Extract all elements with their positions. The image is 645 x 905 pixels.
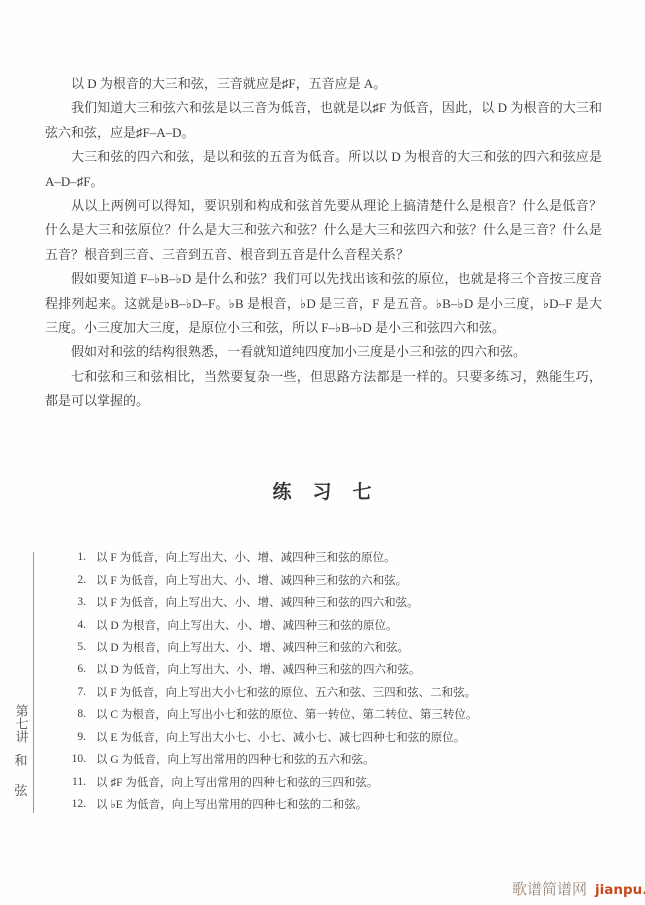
exercise-item-number: 5. [66, 641, 86, 653]
exercise-item: 4. 以 D 为根音，向上写出大、小、增、减四种三和弦的原位。 [66, 613, 606, 635]
exercise-item-number: 11. [66, 776, 86, 788]
exercise-item: 2. 以 F 为低音，向上写出大、小、增、减四种三和弦的六和弦。 [66, 568, 606, 590]
exercise-item-text: 以 F 为低音，向上写出大、小、增、减四种三和弦的六和弦。 [96, 572, 407, 588]
exercise-item-text: 以 F 为低音，向上写出大、小、增、减四种三和弦的原位。 [96, 549, 396, 565]
exercise-item: 5. 以 D 为根音，向上写出大、小、增、减四种三和弦的六和弦。 [66, 636, 606, 658]
exercise-item-text: 以 G 为低音，向上写出常用的四种七和弦的五六和弦。 [96, 751, 375, 767]
exercise-item-text: 以 F 为低音，向上写出大、小、增、减四种三和弦的四六和弦。 [96, 594, 419, 610]
exercise-item: 11. 以 ♯F 为低音，向上写出常用的四种七和弦的三四和弦。 [66, 770, 606, 792]
paragraph: 以 D 为根音的大三和弦，三音就应是♯F，五音应是 A。 [45, 72, 602, 96]
document-page: 以 D 为根音的大三和弦，三音就应是♯F，五音应是 A。 我们知道大三和弦六和弦… [0, 0, 645, 905]
chapter-sidebar-label: 第七讲 和 弦 [13, 704, 29, 798]
watermark-site-name: 歌谱简谱网 [512, 882, 587, 898]
exercise-item-text: 以 E 为低音，向上写出大小七、小七、减小七、减七四种七和弦的原位。 [96, 729, 465, 745]
exercise-item-text: 以 D 为低音，向上写出大、小、增、减四种三和弦的四六和弦。 [96, 661, 421, 677]
exercise-item-number: 9. [66, 731, 86, 743]
exercise-item-text: 以 D 为根音，向上写出大、小、增、减四种三和弦的六和弦。 [96, 639, 409, 655]
exercise-item-text: 以 C 为根音，向上写出小七和弦的原位、第一转位、第二转位、第三转位。 [96, 706, 477, 722]
exercise-item: 6. 以 D 为低音，向上写出大、小、增、减四种三和弦的四六和弦。 [66, 658, 606, 680]
exercise-item-number: 12. [66, 798, 86, 810]
exercise-item-number: 7. [66, 686, 86, 698]
body-text: 以 D 为根音的大三和弦，三音就应是♯F，五音应是 A。 我们知道大三和弦六和弦… [45, 72, 602, 414]
exercise-item-number: 3. [66, 596, 86, 608]
paragraph: 从以上两例可以得知，要识别和构成和弦首先要从理论上搞清楚什么是根音？什么是低音？… [45, 194, 602, 267]
chapter-title-char: 弦 [14, 783, 27, 798]
paragraph: 大三和弦的四六和弦，是以和弦的五音为低音。所以以 D 为根音的大三和弦的四六和弦… [45, 145, 602, 194]
exercise-item: 7. 以 F 为低音，向上写出大小七和弦的原位、五六和弦、三四和弦、二和弦。 [66, 681, 606, 703]
exercise-item: 1. 以 F 为低音，向上写出大、小、增、减四种三和弦的原位。 [66, 546, 606, 568]
exercise-item: 3. 以 F 为低音，向上写出大、小、增、减四种三和弦的四六和弦。 [66, 591, 606, 613]
exercise-item-number: 2. [66, 574, 86, 586]
exercise-item-text: 以 ♯F 为低音，向上写出常用的四种七和弦的三四和弦。 [96, 774, 378, 790]
chapter-number-vertical: 第七讲 [14, 704, 29, 743]
exercise-item: 8. 以 C 为根音，向上写出小七和弦的原位、第一转位、第二转位、第三转位。 [66, 703, 606, 725]
exercise-item: 9. 以 E 为低音，向上写出大小七、小七、减小七、减七四种七和弦的原位。 [66, 726, 606, 748]
paragraph: 七和弦和三和弦相比，当然要复杂一些，但思路方法都是一样的。只要多练习，熟能生巧，… [45, 365, 602, 414]
paragraph: 我们知道大三和弦六和弦是以三音为低音，也就是以♯F 为低音，因此，以 D 为根音… [45, 96, 602, 145]
exercise-item: 10. 以 G 为低音，向上写出常用的四种七和弦的五六和弦。 [66, 748, 606, 770]
chapter-title-char: 和 [14, 753, 27, 768]
exercise-item-number: 6. [66, 663, 86, 675]
exercise-item-number: 1. [66, 551, 86, 563]
exercise-item-text: 以 F 为低音，向上写出大小七和弦的原位、五六和弦、三四和弦、二和弦。 [96, 684, 476, 700]
watermark-site-url: jianpu.cn [595, 882, 645, 898]
exercise-item-text: 以 ♭E 为低音，向上写出常用的四种七和弦的二和弦。 [96, 796, 367, 812]
sidebar-divider-line [33, 552, 34, 813]
exercise-heading: 练 习 七 [0, 477, 645, 504]
watermark: 歌谱简谱网 jianpu.cn [512, 878, 645, 899]
exercise-item-text: 以 D 为根音，向上写出大、小、增、减四种三和弦的原位。 [96, 617, 398, 633]
exercise-item: 12. 以 ♭E 为低音，向上写出常用的四种七和弦的二和弦。 [66, 793, 606, 815]
exercise-item-number: 10. [66, 753, 86, 765]
paragraph: 假如对和弦的结构很熟悉，一看就知道纯四度加小三度是小三和弦的四六和弦。 [45, 340, 602, 364]
exercise-list: 1. 以 F 为低音，向上写出大、小、增、减四种三和弦的原位。 2. 以 F 为… [66, 546, 606, 815]
paragraph: 假如要知道 F–♭B–♭D 是什么和弦？我们可以先找出该和弦的原位，也就是将三个… [45, 267, 602, 340]
exercise-item-number: 8. [66, 708, 86, 720]
exercise-item-number: 4. [66, 619, 86, 631]
